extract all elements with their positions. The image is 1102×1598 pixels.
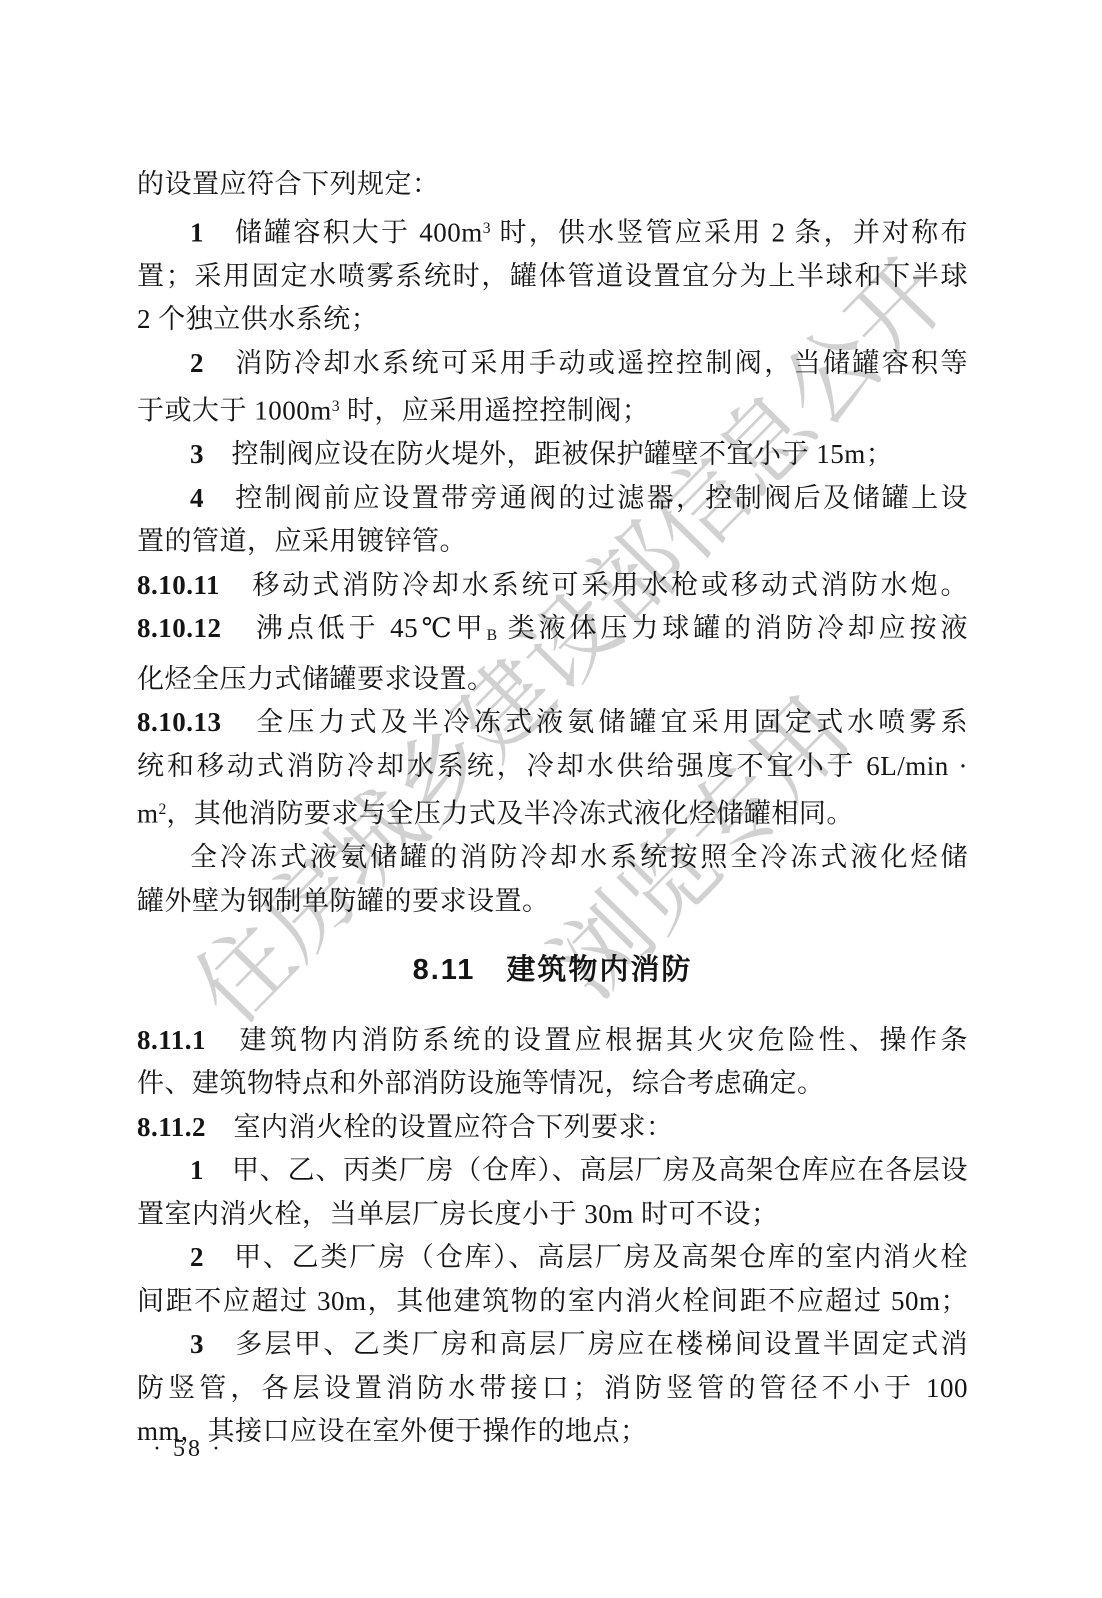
text-segment: 消防冷却水系统可采用手动或遥控控制阀，当储罐容积等 xyxy=(204,348,968,378)
text-line: 间距不应超过 30m，其他建筑物的室内消火栓间距不应超过 50m； xyxy=(137,1280,968,1324)
text-line: 8.10.12 沸点低于 45℃甲B 类液体压力球罐的消防冷却应按液 xyxy=(137,607,968,658)
text-segment: 沸点低于 45℃甲 xyxy=(222,613,487,643)
text-segment: 3 xyxy=(190,1329,204,1359)
text-line: 4 控制阀前应设置带旁通阀的过滤器，控制阀后及储罐上设 xyxy=(137,477,968,521)
text-line: 全冷冻式液氨储罐的消防冷却水系统按照全冷冻式液化烃储 xyxy=(137,836,968,880)
text-line: 罐外壁为钢制单防罐的要求设置。 xyxy=(137,880,968,924)
text-segment: 1 xyxy=(190,217,204,247)
text-segment: 移动式消防冷却水系统可采用水枪或移动式消防水炮。 xyxy=(220,570,968,600)
text-line: 件、建筑物特点和外部消防设施等情况，综合考虑确定。 xyxy=(137,1062,968,1106)
text-segment: 8.11.1 xyxy=(137,1025,206,1055)
text-line: 8.10.13 全压力式及半冷冻式液氨储罐宜采用固定式水喷雾系 xyxy=(137,701,968,745)
document-page: 住房城乡建设部信息公开 浏览专用 的设置应符合下列规定：1 储罐容积大于 400… xyxy=(0,0,1102,1598)
text-line: mm，其接口应设在室外便于操作的地点； xyxy=(137,1410,968,1454)
text-segment: 化烃全压力式储罐要求设置。 xyxy=(137,664,495,694)
text-segment: 8.10.11 xyxy=(137,570,220,600)
text-segment: 的设置应符合下列规定： xyxy=(137,169,440,199)
document-body: 的设置应符合下列规定：1 储罐容积大于 400m3 时，供水竖管应采用 2 条，… xyxy=(137,163,968,1454)
subscript: B xyxy=(487,627,497,644)
text-segment: 间距不应超过 30m，其他建筑物的室内消火栓间距不应超过 50m； xyxy=(137,1286,968,1316)
text-line: 统和移动式消防冷却水系统，冷却水供给强度不宜小于 6L/min · xyxy=(137,745,968,789)
text-segment: 2 xyxy=(190,348,204,378)
text-line: 3 多层甲、乙类厂房和高层厂房应在楼梯间设置半固定式消 xyxy=(137,1323,968,1367)
text-segment: 统和移动式消防冷却水系统，冷却水供给强度不宜小于 6L/min · xyxy=(137,751,968,781)
text-line: m2，其他消防要求与全压力式及半冷冻式液化烃储罐相同。 xyxy=(137,788,968,836)
text-segment: 建筑物内消防系统的设置应根据其火灾危险性、操作条 xyxy=(206,1025,968,1055)
text-line: 的设置应符合下列规定： xyxy=(137,163,968,207)
text-segment: 2 个独立供水系统； xyxy=(137,304,378,334)
text-segment: 全压力式及半冷冻式液氨储罐宜采用固定式水喷雾系 xyxy=(222,707,969,737)
text-segment: 时，供水竖管应采用 2 条，并对称布 xyxy=(491,217,968,247)
text-line: 8.11.1 建筑物内消防系统的设置应根据其火灾危险性、操作条 xyxy=(137,1019,968,1063)
text-segment: 控制阀前应设置带旁通阀的过滤器，控制阀后及储罐上设 xyxy=(204,483,968,513)
superscript: 3 xyxy=(332,398,340,415)
text-segment: 储罐容积大于 400m xyxy=(204,217,483,247)
text-segment: ，其他消防要求与全压力式及半冷冻式液化烃储罐相同。 xyxy=(166,799,854,829)
text-segment: 多层甲、乙类厂房和高层厂房应在楼梯间设置半固定式消 xyxy=(204,1329,968,1359)
text-segment: 室内消火栓的设置应符合下列要求： xyxy=(206,1112,674,1142)
text-segment: 类液体压力球罐的消防冷却应按液 xyxy=(497,613,968,643)
text-line: 2 消防冷却水系统可采用手动或遥控控制阀，当储罐容积等 xyxy=(137,342,968,386)
text-segment: 于或大于 1000m xyxy=(137,396,332,426)
text-segment: 时，应采用遥控控制阀； xyxy=(340,396,650,426)
text-segment: 置室内消火栓，当单层厂房长度小于 30m 时可不设； xyxy=(137,1199,779,1229)
text-segment: 2 xyxy=(190,1242,204,1272)
text-segment: 件、建筑物特点和外部消防设施等情况，综合考虑确定。 xyxy=(137,1068,825,1098)
text-segment: 4 xyxy=(190,483,204,513)
text-line: 于或大于 1000m3 时，应采用遥控控制阀； xyxy=(137,385,968,433)
text-line: 1 储罐容积大于 400m3 时，供水竖管应采用 2 条，并对称布 xyxy=(137,207,968,255)
page-number: · 58 · xyxy=(153,1431,223,1467)
text-line: 3 控制阀应设在防火堤外，距被保护罐壁不宜小于 15m； xyxy=(137,433,968,477)
text-line: 2 甲、乙类厂房（仓库）、高层厂房及高架仓库的室内消火栓 xyxy=(137,1236,968,1280)
text-line: 2 个独立供水系统； xyxy=(137,298,968,342)
text-segment: 甲、乙、丙类厂房（仓库）、高层厂房及高架仓库应在各层设 xyxy=(204,1155,968,1185)
text-segment: 控制阀应设在防火堤外，距被保护罐壁不宜小于 15m； xyxy=(204,439,893,469)
text-segment: 罐外壁为钢制单防罐的要求设置。 xyxy=(137,886,550,916)
text-line: 1 甲、乙、丙类厂房（仓库）、高层厂房及高架仓库应在各层设 xyxy=(137,1149,968,1193)
text-segment: 8.10.13 xyxy=(137,707,222,737)
text-segment: 8.10.12 xyxy=(137,613,222,643)
text-segment: 全冷冻式液氨储罐的消防冷却水系统按照全冷冻式液化烃储 xyxy=(190,842,968,872)
text-segment: m xyxy=(137,799,159,829)
text-segment: 防竖管，各层设置消防水带接口；消防竖管的管径不小于 100 xyxy=(137,1373,968,1403)
text-segment: 置的管道，应采用镀锌管。 xyxy=(137,526,467,556)
text-line: 防竖管，各层设置消防水带接口；消防竖管的管径不小于 100 xyxy=(137,1367,968,1411)
text-segment: 甲、乙类厂房（仓库）、高层厂房及高架仓库的室内消火栓 xyxy=(204,1242,968,1272)
text-line: 置室内消火栓，当单层厂房长度小于 30m 时可不设； xyxy=(137,1193,968,1237)
section-heading: 8.11 建筑物内消防 xyxy=(137,949,968,993)
text-line: 置的管道，应采用镀锌管。 xyxy=(137,520,968,564)
text-line: 置；采用固定水喷雾系统时，罐体管道设置宜分为上半球和下半球 xyxy=(137,255,968,299)
text-segment: 置；采用固定水喷雾系统时，罐体管道设置宜分为上半球和下半球 xyxy=(137,261,968,291)
text-segment: 8.11.2 xyxy=(137,1112,206,1142)
superscript: 3 xyxy=(483,220,491,237)
text-segment: 1 xyxy=(190,1155,204,1185)
text-segment: 8.11 建筑物内消防 xyxy=(413,954,693,986)
text-line: 8.10.11 移动式消防冷却水系统可采用水枪或移动式消防水炮。 xyxy=(137,564,968,608)
text-segment: 3 xyxy=(190,439,204,469)
text-line: 化烃全压力式储罐要求设置。 xyxy=(137,658,968,702)
text-line: 8.11.2 室内消火栓的设置应符合下列要求： xyxy=(137,1106,968,1150)
